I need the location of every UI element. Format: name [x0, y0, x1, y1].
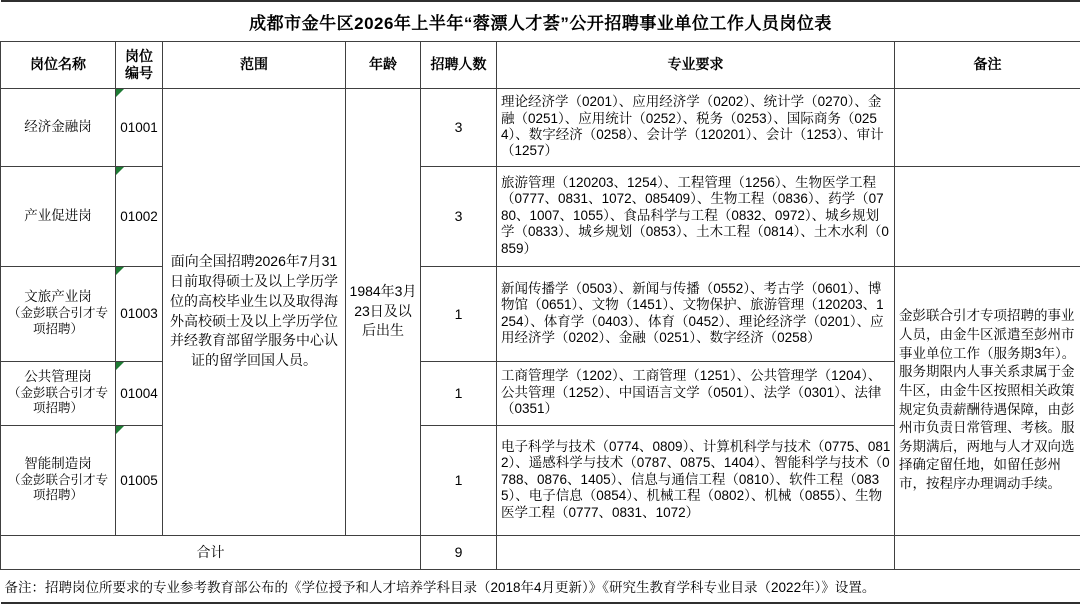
position-subtitle: （金彭联合引才专项招聘） — [4, 306, 112, 337]
remark-merged-cell: 金彭联合引才专项招聘的事业人员，由金牛区派遣至彭州市事业单位工作（服务期3年）。… — [895, 266, 1080, 535]
scope-cell: 面向全国招聘2026年7月31日前取得硕士及以上学历学位的高校毕业生以及取得海外… — [163, 88, 346, 535]
total-count-cell: 9 — [421, 535, 497, 569]
age-cell: 1984年3月23日及以后出生 — [346, 88, 421, 535]
position-name: 经济金融岗 — [4, 119, 112, 136]
total-row: 合计 9 — [1, 535, 1080, 569]
position-code: 01001 — [120, 120, 158, 135]
footnote-row: 备注：招聘岗位所要求的专业参考教育部公布的《学位授予和人才培养学科目录（2018… — [1, 569, 1080, 603]
table-row: 产业促进岗 01002 3 旅游管理（120203、1254）、工程管理（125… — [1, 166, 1080, 266]
cell-corner-flag-icon — [116, 426, 124, 434]
position-code-cell: 01005 — [116, 425, 163, 535]
majors-cell: 新闻传播学（0503）、新闻与传播（0552）、考古学（0601）、博物馆（06… — [497, 266, 895, 361]
position-code: 01004 — [120, 386, 158, 401]
job-position-table: 成都市金牛区2026年上半年“蓉漂人才荟”公开招聘事业单位工作人员岗位表 岗位名… — [0, 0, 1080, 604]
cell-corner-flag-icon — [116, 167, 124, 175]
recruit-count-cell: 1 — [421, 361, 497, 425]
majors-cell: 旅游管理（120203、1254）、工程管理（1256）、生物医学工程（0777… — [497, 166, 895, 266]
cell-corner-flag-icon — [116, 267, 124, 275]
col-header-majors: 专业要求 — [497, 41, 895, 88]
cell-corner-flag-icon — [116, 362, 124, 370]
recruit-count-cell: 1 — [421, 425, 497, 535]
col-header-remark: 备注 — [895, 41, 1080, 88]
position-subtitle: （金彭联合引才专项招聘） — [4, 386, 112, 417]
position-code-cell: 01003 — [116, 266, 163, 361]
table-row: 文旅产业岗 （金彭联合引才专项招聘） 01003 1 新闻传播学（0503）、新… — [1, 266, 1080, 361]
position-name-cell: 经济金融岗 — [1, 88, 116, 166]
recruit-count-cell: 1 — [421, 266, 497, 361]
recruit-count-cell: 3 — [421, 88, 497, 166]
page-title: 成都市金牛区2026年上半年“蓉漂人才荟”公开招聘事业单位工作人员岗位表 — [1, 1, 1080, 41]
col-header-position-code: 岗位 编号 — [116, 41, 163, 88]
position-name-cell: 产业促进岗 — [1, 166, 116, 266]
position-name: 智能制造岗 — [4, 456, 112, 473]
position-name: 产业促进岗 — [4, 208, 112, 225]
col-header-scope: 范围 — [163, 41, 346, 88]
cell-corner-flag-icon — [116, 89, 124, 97]
position-name-cell: 文旅产业岗 （金彭联合引才专项招聘） — [1, 266, 116, 361]
position-subtitle: （金彭联合引才专项招聘） — [4, 473, 112, 504]
majors-cell: 工商管理学（1202）、工商管理（1251）、公共管理学（1204）、公共管理（… — [497, 361, 895, 425]
position-code: 01002 — [120, 209, 158, 224]
total-remark-empty-cell — [895, 535, 1080, 569]
majors-cell: 电子科学与技术（0774、0809）、计算机科学与技术（0775、0812）、遥… — [497, 425, 895, 535]
remark-cell-empty — [895, 88, 1080, 166]
position-name: 文旅产业岗 — [4, 289, 112, 306]
position-code-cell: 01001 — [116, 88, 163, 166]
table-row: 经济金融岗 01001 面向全国招聘2026年7月31日前取得硕士及以上学历学位… — [1, 88, 1080, 166]
footnote: 备注：招聘岗位所要求的专业参考教育部公布的《学位授予和人才培养学科目录（2018… — [1, 569, 1080, 603]
col-header-position-name: 岗位名称 — [1, 41, 116, 88]
majors-cell: 理论经济学（0201）、应用经济学（0202）、统计学（0270）、金融（025… — [497, 88, 895, 166]
remark-cell-empty — [895, 166, 1080, 266]
position-name-cell: 公共管理岗 （金彭联合引才专项招聘） — [1, 361, 116, 425]
position-code-cell: 01002 — [116, 166, 163, 266]
position-code-cell: 01004 — [116, 361, 163, 425]
position-name-cell: 智能制造岗 （金彭联合引才专项招聘） — [1, 425, 116, 535]
position-name: 公共管理岗 — [4, 369, 112, 386]
position-code: 01005 — [120, 473, 158, 488]
total-majors-empty-cell — [497, 535, 895, 569]
header-row: 岗位名称 岗位 编号 范围 年龄 招聘人数 专业要求 备注 — [1, 41, 1080, 88]
recruit-count-cell: 3 — [421, 166, 497, 266]
col-header-age: 年龄 — [346, 41, 421, 88]
title-row: 成都市金牛区2026年上半年“蓉漂人才荟”公开招聘事业单位工作人员岗位表 — [1, 1, 1080, 41]
total-label-cell: 合计 — [1, 535, 421, 569]
position-code: 01003 — [120, 306, 158, 321]
col-header-count: 招聘人数 — [421, 41, 497, 88]
